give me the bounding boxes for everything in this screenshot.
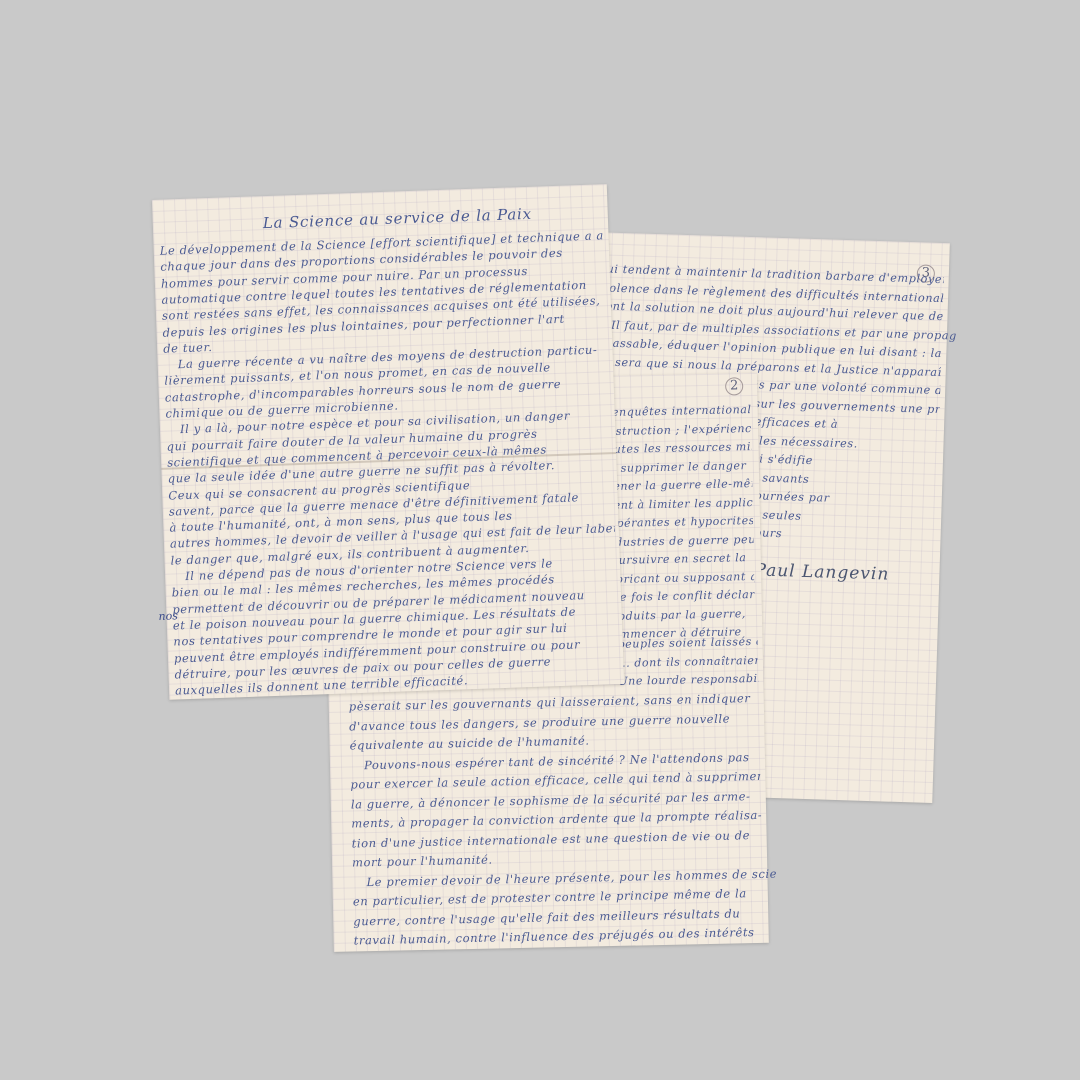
manuscript-page-1: La Science au service de la Paix Le déve… bbox=[152, 184, 624, 700]
handwritten-line: Pouvons-nous espérer tant de sincérité ?… bbox=[364, 749, 774, 772]
handwritten-line: la guerre, à dénoncer le sophisme de la … bbox=[351, 788, 761, 811]
handwritten-line: ments, à propager la conviction ardente … bbox=[351, 808, 761, 831]
handwritten-line: tion d'une justice internationale est un… bbox=[352, 827, 762, 850]
handwritten-line: produits par la guerre, bbox=[605, 606, 755, 622]
handwritten-line: guerre, contre l'usage qu'elle fait des … bbox=[353, 905, 763, 928]
handwritten-line: pour exercer la seule action efficace, c… bbox=[350, 769, 760, 792]
handwritten-line: mort pour l'humanité. bbox=[352, 847, 762, 870]
page-number-2: 2 bbox=[725, 377, 743, 395]
handwritten-line: de supprimer le danger bbox=[602, 459, 752, 475]
document-title: La Science au service de la Paix bbox=[263, 205, 533, 232]
handwritten-line: toutes les ressources mises bbox=[601, 440, 751, 456]
handwritten-line: ment à limiter les applica- bbox=[603, 496, 753, 512]
handwritten-line: travail humain, contre l'influence des p… bbox=[354, 925, 764, 948]
handwritten-line: Le premier devoir de l'heure présente, p… bbox=[366, 866, 776, 889]
handwritten-line: en particulier, est de protester contre … bbox=[353, 886, 763, 909]
margin-note: nos bbox=[158, 609, 178, 623]
handwritten-line: mener la guerre elle-même bbox=[602, 477, 752, 493]
handwritten-line: équivalente au suicide de l'humanité. bbox=[349, 730, 759, 753]
handwritten-line: pèserait sur les gouvernants qui laisser… bbox=[349, 691, 759, 714]
handwritten-line: espérantes et hypocrites. Elles bbox=[603, 514, 753, 530]
handwritten-line: fabricant ou supposant que bbox=[604, 569, 754, 585]
handwritten-line: d'avance tous les dangers, se produire u… bbox=[349, 710, 759, 733]
handwritten-line: ... dont ils connaîtraient bbox=[618, 653, 758, 669]
handwritten-line: une fois le conflit déclaré, bbox=[604, 588, 754, 604]
handwritten-line: destruction ; l'expérience a bbox=[601, 422, 751, 438]
handwritten-line: Une lourde responsabilité bbox=[618, 672, 758, 688]
handwritten-line: industries de guerre peuvent bbox=[603, 533, 753, 549]
handwritten-line: peuples soient laissés dans bbox=[617, 635, 757, 651]
signature: Paul Langevin bbox=[754, 560, 889, 584]
